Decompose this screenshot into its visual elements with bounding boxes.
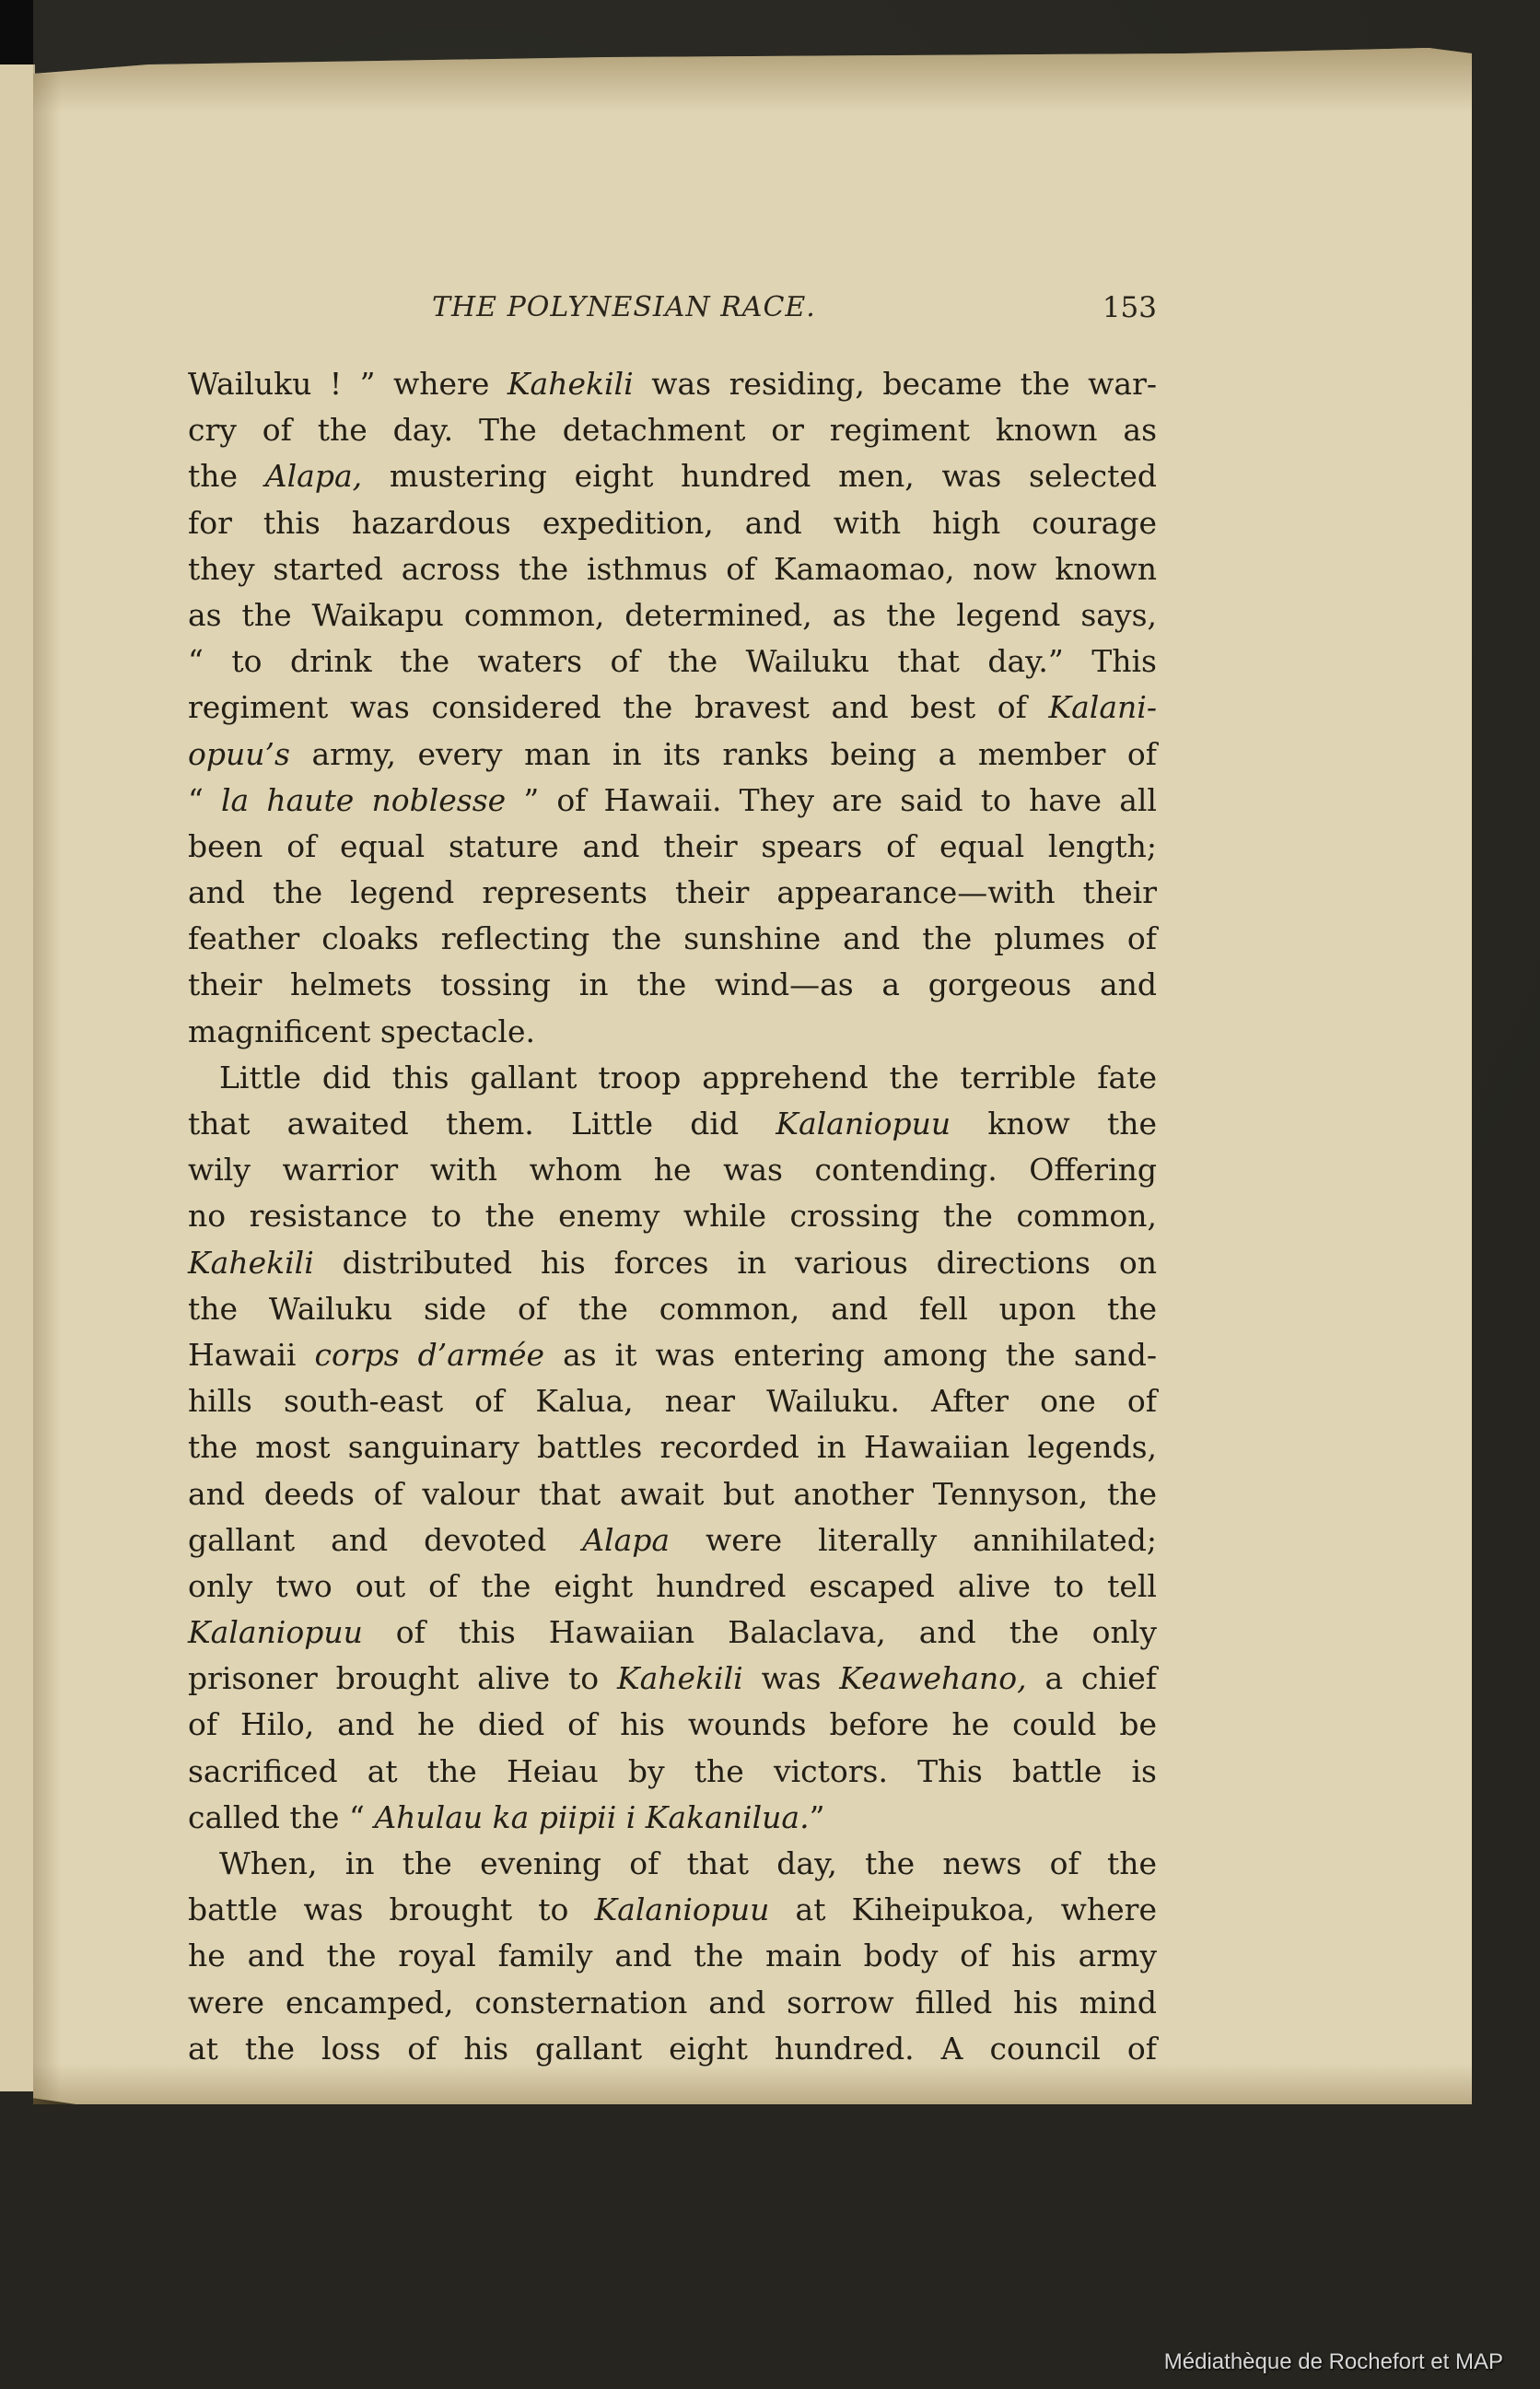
text-line: the Wailuku side of the common, and fell… (188, 1286, 1157, 1332)
watermark: Médiathèque de Rochefort et MAP (1164, 2349, 1503, 2375)
text-run: gallant and devoted (188, 1522, 582, 1558)
text-line: hills south-east of Kalua, near Wailuku.… (188, 1378, 1157, 1424)
text-run: Hawaii (188, 1337, 314, 1373)
text-line: When, in the evening of that day, the ne… (188, 1841, 1157, 1887)
text-line: no resistance to the enemy while crossin… (188, 1193, 1157, 1239)
text-run: of Hilo, and he died of his wounds befor… (188, 1706, 1157, 1742)
text-run: as it was entering among the sand- (544, 1337, 1157, 1373)
running-title: THE POLYNESIAN RACE. (432, 291, 816, 323)
text-line: wily warrior with whom he was contending… (188, 1147, 1157, 1193)
text-run: and the legend represents their appearan… (188, 874, 1157, 910)
text-line: they started across the isthmus of Kamao… (188, 546, 1157, 592)
italic-term: Kalaniopuu (595, 1891, 770, 1927)
text-run: for this hazardous expedition, and with … (188, 505, 1157, 541)
text-line: only two out of the eight hundred escape… (188, 1563, 1157, 1610)
italic-term: Alapa (582, 1522, 670, 1558)
text-line: prisoner brought alive to Kahekili was K… (188, 1656, 1157, 1702)
italic-term: Ahulau ka piipii i Kakanilua. (374, 1799, 809, 1835)
text-run: Little did this gallant troop apprehend … (219, 1060, 1157, 1095)
text-run: When, in the evening of that day, the ne… (219, 1845, 1157, 1881)
text-run: magnificent spectacle. (188, 1013, 535, 1049)
text-run: were literally annihilated; (670, 1522, 1157, 1558)
italic-term: Alapa, (265, 458, 362, 494)
text-line: and deeds of valour that await but anoth… (188, 1471, 1157, 1517)
text-line: for this hazardous expedition, and with … (188, 500, 1157, 546)
text-line: Kalaniopuu of this Hawaiian Balaclava, a… (188, 1610, 1157, 1656)
text-run: prisoner brought alive to (188, 1660, 617, 1696)
text-line: cry of the day. The detachment or regime… (188, 407, 1157, 453)
text-line: that awaited them. Little did Kalaniopuu… (188, 1101, 1157, 1147)
text-line: “ la haute noblesse ” of Hawaii. They ar… (188, 778, 1157, 824)
text-run: called the “ (188, 1799, 374, 1835)
italic-term: Kalaniopuu (188, 1614, 363, 1650)
text-line: the most sanguinary battles recorded in … (188, 1424, 1157, 1470)
text-run: was (743, 1660, 840, 1696)
text-run: “ (188, 782, 221, 818)
italic-term: Kalaniopuu (776, 1106, 951, 1142)
text-run: no resistance to the enemy while crossin… (188, 1198, 1157, 1234)
text-run: the (188, 458, 265, 494)
text-run: regiment was considered the bravest and … (188, 689, 1048, 725)
text-run: only two out of the eight hundred escape… (188, 1568, 1157, 1604)
text-line: Kahekili distributed his forces in vario… (188, 1240, 1157, 1286)
italic-term: corps d’armée (314, 1337, 544, 1373)
text-run: and deeds of valour that await but anoth… (188, 1476, 1157, 1512)
text-line: opuu’s army, every man in its ranks bein… (188, 732, 1157, 778)
prev-page-top-shadow (0, 0, 33, 64)
text-run: as the Waikapu common, determined, as th… (188, 597, 1157, 633)
text-run: sacrificed at the Heiau by the victors. … (188, 1753, 1157, 1789)
running-header: THE POLYNESIAN RACE. 153 (188, 291, 1157, 332)
text-line: as the Waikapu common, determined, as th… (188, 592, 1157, 638)
text-line: called the “ Ahulau ka piipii i Kakanilu… (188, 1795, 1157, 1841)
text-run: Wailuku ! ” where (188, 366, 507, 402)
text-run: “ to drink the waters of the Wailuku tha… (188, 643, 1157, 679)
text-run: were encamped, consternation and sorrow … (188, 1985, 1157, 2020)
italic-term: Kahekili (507, 366, 634, 402)
text-run: their helmets tossing in the wind—as a g… (188, 966, 1157, 1002)
text-run: was residing, became the war- (634, 366, 1157, 402)
text-line: been of equal stature and their spears o… (188, 824, 1157, 870)
italic-term: Keawehano, (839, 1660, 1026, 1696)
text-run: battle was brought to (188, 1891, 595, 1927)
text-run: he and the royal family and the main bod… (188, 1938, 1157, 1973)
italic-term: Kahekili (188, 1245, 314, 1281)
text-run: know the (951, 1106, 1157, 1142)
text-line: their helmets tossing in the wind—as a g… (188, 962, 1157, 1008)
text-line: sacrificed at the Heiau by the victors. … (188, 1749, 1157, 1795)
text-run: of this Hawaiian Balaclava, and the only (363, 1614, 1157, 1650)
text-run: mustering eight hundred men, was selecte… (362, 458, 1157, 494)
italic-term: Kahekili (617, 1660, 743, 1696)
text-run: the most sanguinary battles recorded in … (188, 1429, 1157, 1465)
text-run: distributed his forces in various direct… (314, 1245, 1157, 1281)
text-line: feather cloaks reflecting the sunshine a… (188, 916, 1157, 962)
text-line: at the loss of his gallant eight hundred… (188, 2026, 1157, 2072)
text-line: regiment was considered the bravest and … (188, 685, 1157, 731)
text-line: battle was brought to Kalaniopuu at Kihe… (188, 1887, 1157, 1933)
text-run: they started across the isthmus of Kamao… (188, 551, 1157, 587)
text-line: of Hilo, and he died of his wounds befor… (188, 1702, 1157, 1748)
text-run: at the loss of his gallant eight hundred… (188, 2031, 1157, 2067)
text-line: Little did this gallant troop apprehend … (188, 1055, 1157, 1101)
text-run: at Kiheipukoa, where (769, 1891, 1157, 1927)
text-line: gallant and devoted Alapa were literally… (188, 1517, 1157, 1563)
previous-page-edge (0, 64, 35, 2091)
text-run: army, every man in its ranks being a mem… (290, 736, 1157, 772)
text-run: wily warrior with whom he was contending… (188, 1152, 1157, 1188)
text-run: feather cloaks reflecting the sunshine a… (188, 920, 1157, 956)
text-line: and the legend represents their appearan… (188, 870, 1157, 916)
text-run: hills south-east of Kalua, near Wailuku.… (188, 1383, 1157, 1419)
text-run: that awaited them. Little did (188, 1106, 776, 1142)
italic-term: Kalani- (1048, 689, 1157, 725)
text-line: “ to drink the waters of the Wailuku tha… (188, 638, 1157, 685)
text-run: a chief (1027, 1660, 1157, 1696)
text-line: Hawaii corps d’armée as it was entering … (188, 1332, 1157, 1378)
text-run: cry of the day. The detachment or regime… (188, 412, 1157, 448)
text-line: Wailuku ! ” where Kahekili was residing,… (188, 361, 1157, 407)
text-line: were encamped, consternation and sorrow … (188, 1980, 1157, 2026)
body-text: Wailuku ! ” where Kahekili was residing,… (188, 361, 1157, 2072)
text-run: been of equal stature and their spears o… (188, 828, 1157, 864)
text-line: magnificent spectacle. (188, 1009, 1157, 1055)
text-run: ” of Hawaii. They are said to have all (506, 782, 1157, 818)
page-number: 153 (1102, 291, 1157, 324)
italic-term: la haute noblesse (221, 782, 506, 818)
text-line: the Alapa, mustering eight hundred men, … (188, 453, 1157, 499)
text-line: he and the royal family and the main bod… (188, 1933, 1157, 1979)
spine-shadow (33, 74, 61, 2104)
text-run: ” (810, 1799, 825, 1835)
text-run: the Wailuku side of the common, and fell… (188, 1291, 1157, 1327)
italic-term: opuu’s (188, 736, 290, 772)
